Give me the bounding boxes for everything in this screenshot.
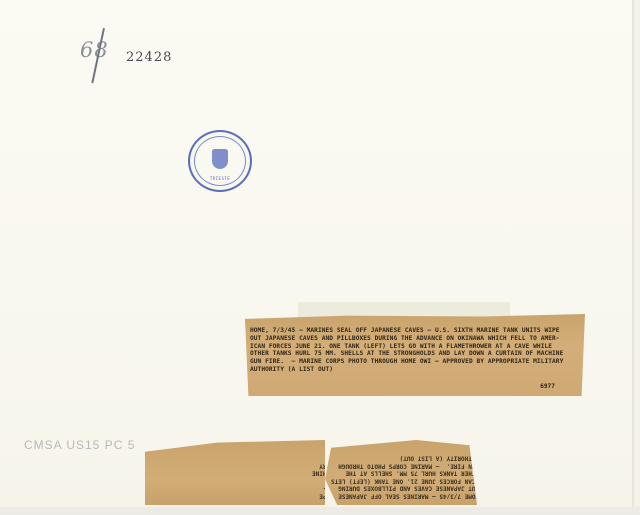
- caption-line: HOME OWI — APPROVED BY APPROPRIATE MILIT…: [312, 462, 325, 470]
- upside-down-caption-text: HOME 7/3/45 — MARINES SEAL OFF JAPANESEO…: [331, 454, 477, 500]
- caption-text: HOME, 7/3/45 — MARINES SEAL OFF JAPANESE…: [250, 327, 580, 374]
- upside-down-caption-text: E CAVES — U.S. SIXTH MARINE TANK UNITS W…: [312, 454, 325, 500]
- photo-back-sheet: 68 22428 TRIESTE HOME, 7/3/45 — MARINES …: [0, 0, 634, 509]
- torn-caption-fragment-left: E CAVES — U.S. SIXTH MARINE TANK UNITS W…: [145, 440, 325, 505]
- pencil-archive-note: CMSA US15 PC 5: [24, 438, 135, 452]
- caption-line: ICAN FORCES JUNE 21. ONE TANK (LEFT) LET…: [331, 477, 477, 485]
- caption-line: OUT JAPANESE CAVES AND PILLBOXES DURING: [331, 484, 477, 492]
- handwritten-number: 68: [80, 38, 109, 62]
- caption-line: GUN FIRE. — MARINE CORPS PHOTO THROUGH H…: [250, 358, 580, 366]
- caption-line: AUTHORITY (A LIST OUT): [331, 454, 477, 462]
- shield-emblem-icon: [212, 149, 228, 169]
- caption-line: OTHER TANKS HURL 75 MM. SHELLS AT THE: [331, 469, 477, 477]
- stamped-number: 22428: [126, 50, 172, 65]
- torn-caption-fragment-right: HOME 7/3/45 — MARINES SEAL OFF JAPANESEO…: [325, 440, 477, 505]
- caption-code: 6977: [540, 383, 555, 390]
- scan-bottom-edge: [0, 507, 640, 515]
- caption-line: OTHER TANKS HURL 75 MM. SHELLS AT THE ST…: [250, 350, 580, 358]
- caption-line: GUN FIRE. — MARINE CORPS PHOTO THROUGH: [331, 462, 477, 470]
- caption-line: STRONGHOLDS AND LAY DOWN A CURTAIN OF MA…: [312, 469, 325, 477]
- circular-seal-stamp: TRIESTE: [188, 130, 252, 192]
- caption-line: OUT JAPANESE CAVES AND PILLBOXES DURING …: [250, 335, 580, 343]
- caption-line: 6977: [312, 454, 325, 462]
- caption-line: HOME, 7/3/45 — MARINES SEAL OFF JAPANESE…: [250, 327, 580, 335]
- caption-line: ICAN FORCES JUNE 21. ONE TANK (LEFT) LET…: [250, 343, 580, 351]
- caption-line: THE ADVANCE ON OKINAWA WHICH FELL TO AME…: [312, 484, 325, 492]
- seal-label: TRIESTE: [196, 176, 244, 181]
- caption-line: S GO WITH A FLAMETHROWER AT A CAVE WHILE: [312, 477, 325, 485]
- caption-line: HOME 7/3/45 — MARINES SEAL OFF JAPANESE: [331, 492, 477, 500]
- caption-line: E CAVES — U.S. SIXTH MARINE TANK UNITS W…: [312, 492, 325, 500]
- caption-clipping: HOME, 7/3/45 — MARINES SEAL OFF JAPANESE…: [245, 314, 585, 396]
- caption-line: AUTHORITY (A LIST OUT): [250, 366, 580, 374]
